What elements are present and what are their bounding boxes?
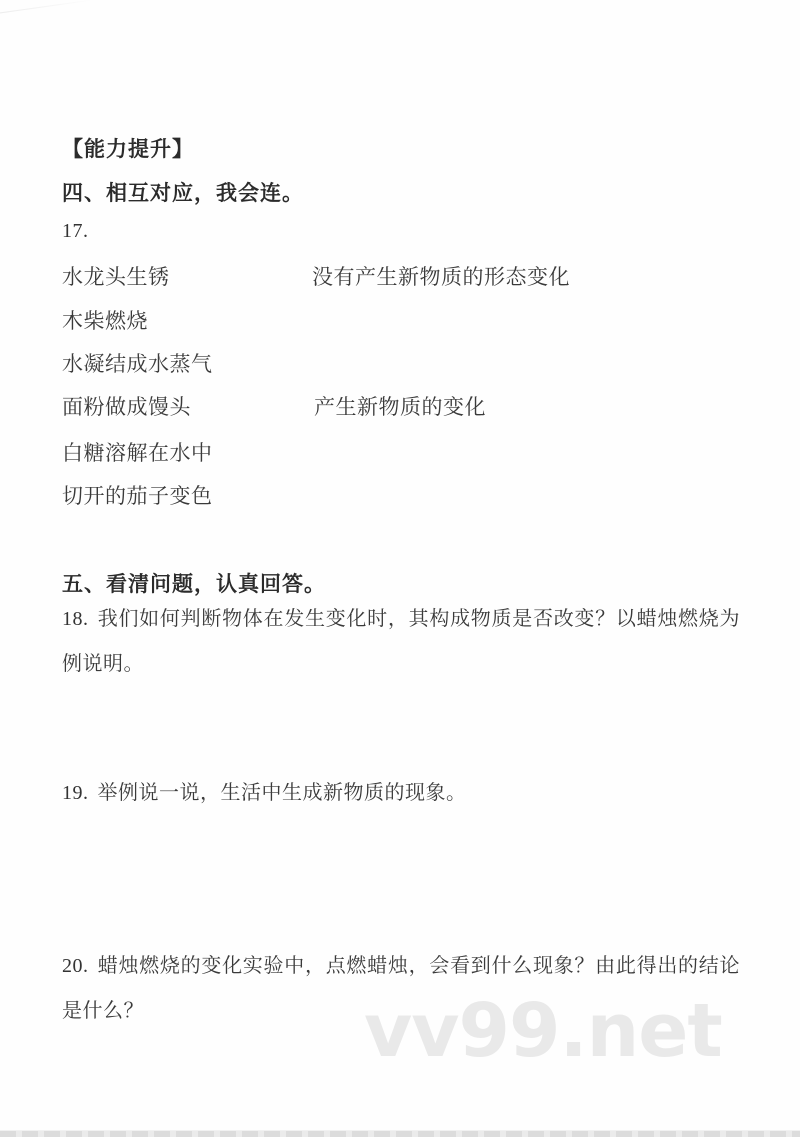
worksheet-page: 【能力提升】 四、相互对应，我会连。 17. 水龙头生锈 没有产生新物质的形态变… xyxy=(0,0,800,1137)
match-left-item: 切开的茄子变色 xyxy=(62,484,213,508)
question-18-number: 18. xyxy=(62,608,89,630)
scan-fold-artifact xyxy=(0,0,95,14)
question-19-text: 举例说一说，生活中生成新物质的现象。 xyxy=(98,782,467,804)
question-18-text: 我们如何判断物体在发生变化时，其构成物质是否改变？以蜡烛燃烧为例说明。 xyxy=(62,608,740,675)
question-18: 18.我们如何判断物体在发生变化时，其构成物质是否改变？以蜡烛燃烧为例说明。 xyxy=(62,597,740,687)
match-row: 木柴燃烧 xyxy=(62,305,148,335)
part4-title: 四、相互对应，我会连。 xyxy=(62,177,304,207)
question-19-number: 19. xyxy=(62,782,89,804)
question-19: 19.举例说一说，生活中生成新物质的现象。 xyxy=(62,771,740,816)
page-bottom-edge xyxy=(0,1130,800,1137)
match-left-item: 水龙头生锈 xyxy=(62,265,170,289)
section-header: 【能力提升】 xyxy=(62,133,194,163)
match-left-item: 白糖溶解在水中 xyxy=(62,441,213,465)
match-right-label-no-new-substance: 没有产生新物质的形态变化 xyxy=(312,261,570,291)
match-row: 白糖溶解在水中 xyxy=(62,437,213,467)
match-row: 水凝结成水蒸气 xyxy=(62,348,213,378)
match-row: 切开的茄子变色 xyxy=(62,480,213,510)
question-20-number: 20. xyxy=(62,955,89,977)
site-watermark: vv99.net xyxy=(364,988,722,1074)
match-row: 面粉做成馒头 产生新物质的变化 xyxy=(62,391,191,421)
question-17-number: 17. xyxy=(62,220,89,243)
part5-title: 五、看清问题，认真回答。 xyxy=(62,568,326,598)
match-left-item: 水凝结成水蒸气 xyxy=(62,352,213,376)
match-right-label-new-substance: 产生新物质的变化 xyxy=(314,391,486,421)
match-left-item: 木柴燃烧 xyxy=(62,309,148,333)
match-row: 水龙头生锈 没有产生新物质的形态变化 xyxy=(62,261,170,291)
match-left-item: 面粉做成馒头 xyxy=(62,395,191,419)
